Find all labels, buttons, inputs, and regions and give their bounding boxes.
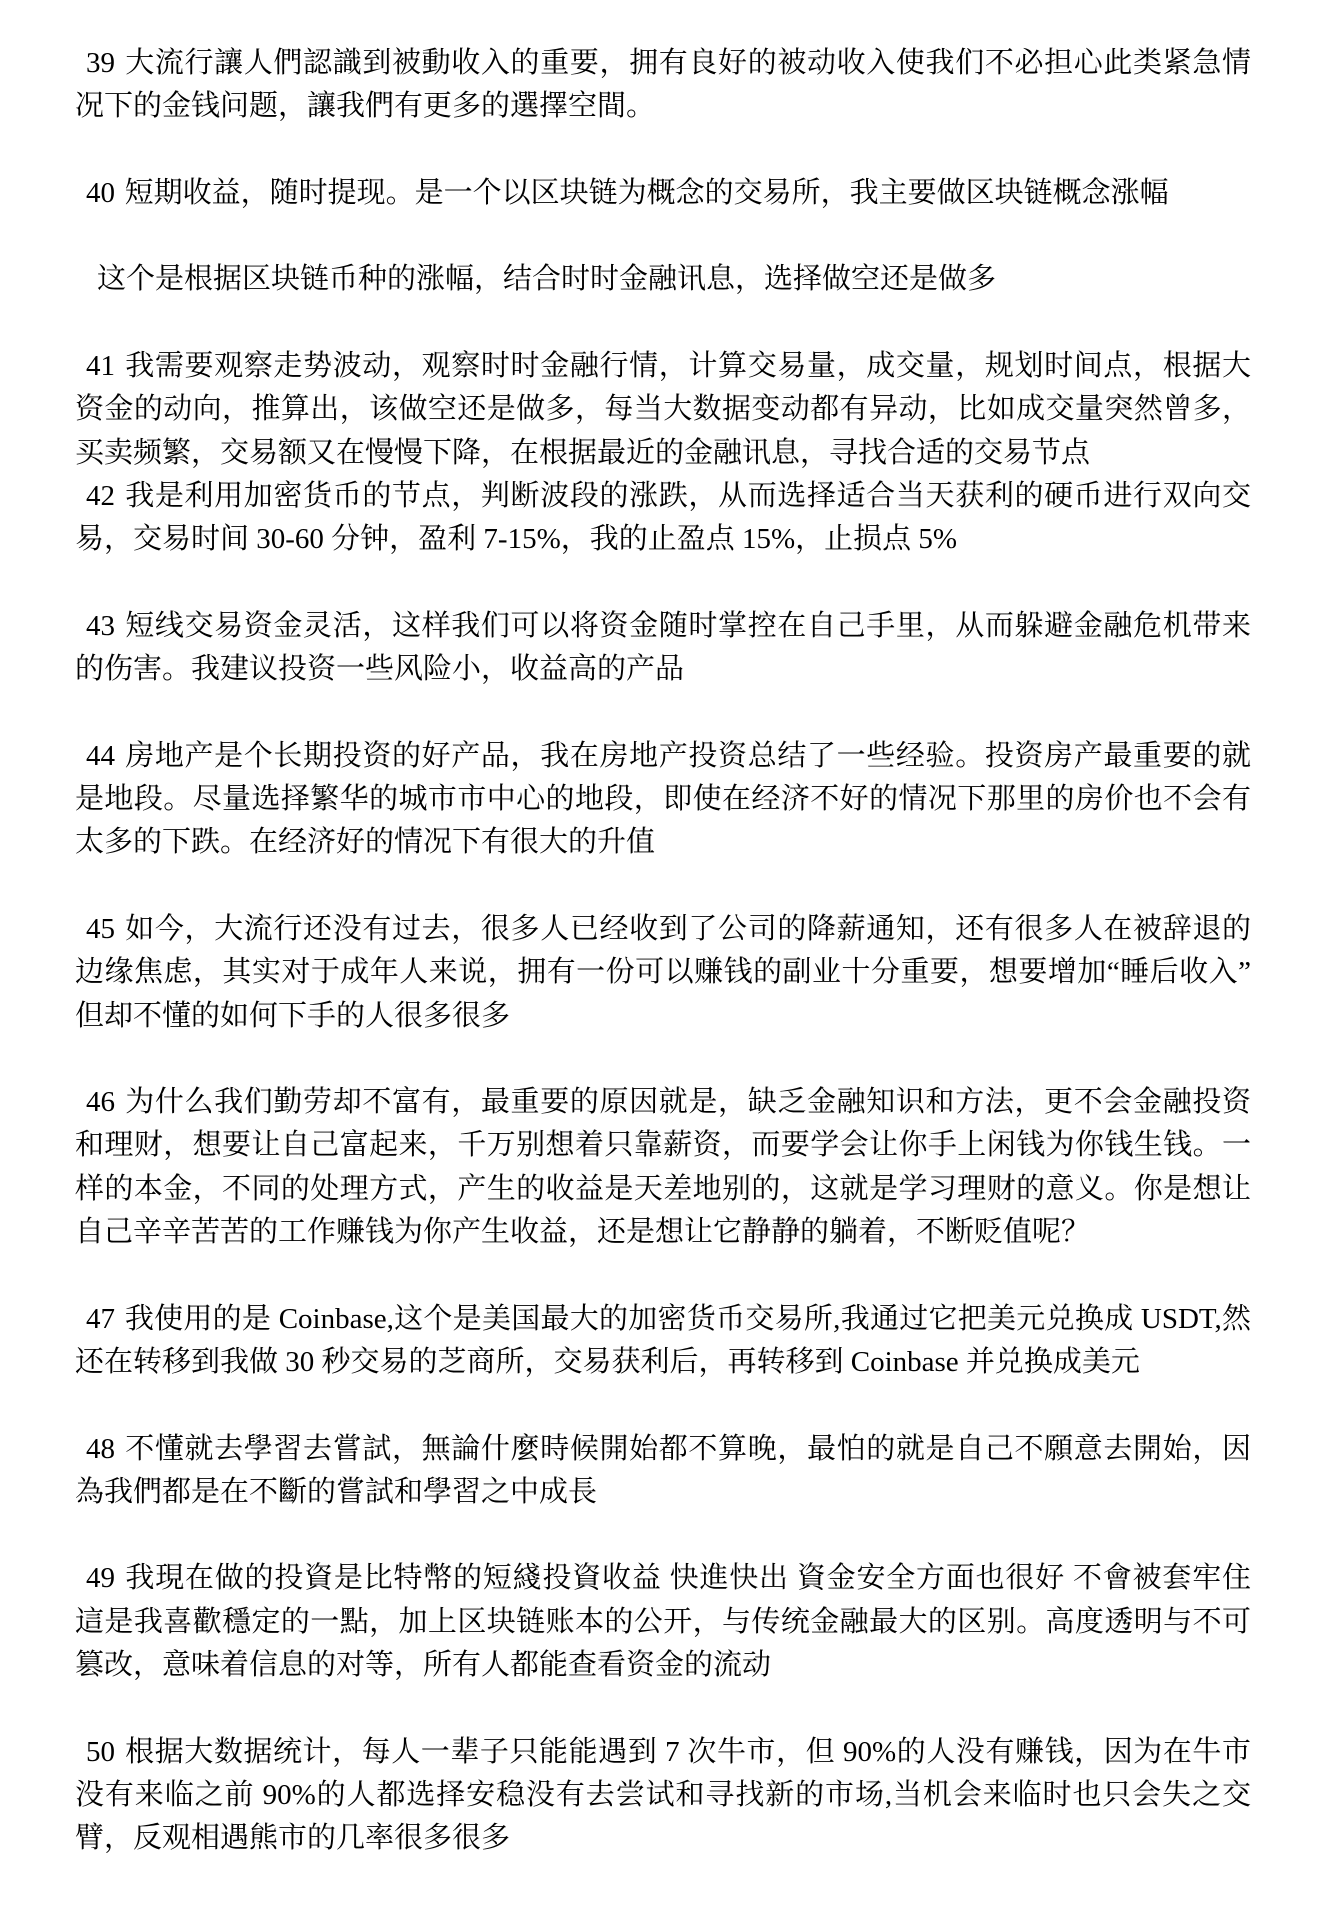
paragraph-text: 我現在做的投資是比特幣的短綫投資收益 快進快出 資金安全方面也很好 不會被套牢住… bbox=[75, 1562, 1251, 1681]
paragraph-number: 40 bbox=[86, 177, 115, 209]
paragraph-number: 49 bbox=[86, 1562, 115, 1594]
paragraph-42: 42我是利用加密货币的节点，判断波段的涨跌，从而选择适合当天获利的硬币进行双向交… bbox=[75, 475, 1251, 562]
paragraph-43: 43短线交易资金灵活，这样我们可以将资金随时掌控在自己手里，从而躲避金融危机带来… bbox=[75, 605, 1251, 692]
paragraph-40-continuation: 这个是根据区块链币种的涨幅，结合时时金融讯息，选择做空还是做多 bbox=[75, 258, 1251, 301]
paragraph-46: 46为什么我们勤劳却不富有，最重要的原因就是，缺乏金融知识和方法，更不会金融投资… bbox=[75, 1081, 1251, 1254]
paragraph-41: 41我需要观察走势波动，观察时时金融行情，计算交易量，成交量，规划时间点，根据大… bbox=[75, 345, 1251, 475]
paragraph-text: 房地产是个长期投资的好产品，我在房地产投资总结了一些经验。投资房产最重要的就是地… bbox=[75, 740, 1251, 859]
paragraph-text: 根据大数据统计，每人一辈子只能能遇到 7 次牛市，但 90%的人没有赚钱，因为在… bbox=[75, 1736, 1251, 1855]
paragraph-text: 不懂就去學習去嘗試，無論什麼時候開始都不算晚，最怕的就是自己不願意去開始，因為我… bbox=[75, 1433, 1251, 1508]
paragraph-number: 45 bbox=[86, 913, 115, 945]
paragraph-39: 39大流行讓人們認識到被動收入的重要，拥有良好的被动收入使我们不必担心此类紧急情… bbox=[75, 42, 1251, 129]
paragraph-48: 48不懂就去學習去嘗試，無論什麼時候開始都不算晚，最怕的就是自己不願意去開始，因… bbox=[75, 1428, 1251, 1515]
paragraph-text: 这个是根据区块链币种的涨幅，结合时时金融讯息，选择做空还是做多 bbox=[97, 263, 996, 295]
paragraph-text: 短线交易资金灵活，这样我们可以将资金随时掌控在自己手里，从而躲避金融危机带来的伤… bbox=[75, 610, 1251, 685]
paragraph-number: 47 bbox=[86, 1303, 115, 1335]
paragraph-text: 我使用的是 Coinbase,这个是美国最大的加密货币交易所,我通过它把美元兑换… bbox=[75, 1303, 1251, 1378]
paragraph-text: 如今，大流行还没有过去，很多人已经收到了公司的降薪通知，还有很多人在被辞退的边缘… bbox=[75, 913, 1251, 1032]
paragraph-47: 47我使用的是 Coinbase,这个是美国最大的加密货币交易所,我通过它把美元… bbox=[75, 1298, 1251, 1385]
document-page: 39大流行讓人們認識到被動收入的重要，拥有良好的被动收入使我们不必担心此类紧急情… bbox=[0, 0, 1323, 1925]
paragraph-text: 我需要观察走势波动，观察时时金融行情，计算交易量，成交量，规划时间点，根据大资金… bbox=[75, 350, 1251, 469]
paragraph-40: 40短期收益，随时提现。是一个以区块链为概念的交易所，我主要做区块链概念涨幅 bbox=[75, 172, 1251, 215]
paragraph-number: 50 bbox=[86, 1736, 115, 1768]
paragraph-text: 短期收益，随时提现。是一个以区块链为概念的交易所，我主要做区块链概念涨幅 bbox=[125, 177, 1169, 209]
paragraph-number: 46 bbox=[86, 1086, 115, 1118]
paragraph-number: 43 bbox=[86, 610, 115, 642]
paragraph-49: 49我現在做的投資是比特幣的短綫投資收益 快進快出 資金安全方面也很好 不會被套… bbox=[75, 1557, 1251, 1687]
paragraph-50: 50根据大数据统计，每人一辈子只能能遇到 7 次牛市，但 90%的人没有赚钱，因… bbox=[75, 1731, 1251, 1861]
paragraph-number: 42 bbox=[86, 480, 115, 512]
paragraph-text: 为什么我们勤劳却不富有，最重要的原因就是，缺乏金融知识和方法，更不会金融投资和理… bbox=[75, 1086, 1251, 1248]
paragraph-number: 48 bbox=[86, 1433, 115, 1465]
paragraph-number: 44 bbox=[86, 740, 115, 772]
paragraph-text: 大流行讓人們認識到被動收入的重要，拥有良好的被动收入使我们不必担心此类紧急情况下… bbox=[75, 47, 1251, 122]
paragraph-text: 我是利用加密货币的节点，判断波段的涨跌，从而选择适合当天获利的硬币进行双向交易，… bbox=[75, 480, 1251, 555]
paragraph-number: 41 bbox=[86, 350, 115, 382]
paragraph-44: 44房地产是个长期投资的好产品，我在房地产投资总结了一些经验。投资房产最重要的就… bbox=[75, 735, 1251, 865]
paragraph-45: 45如今，大流行还没有过去，很多人已经收到了公司的降薪通知，还有很多人在被辞退的… bbox=[75, 908, 1251, 1038]
paragraph-number: 39 bbox=[86, 47, 115, 79]
